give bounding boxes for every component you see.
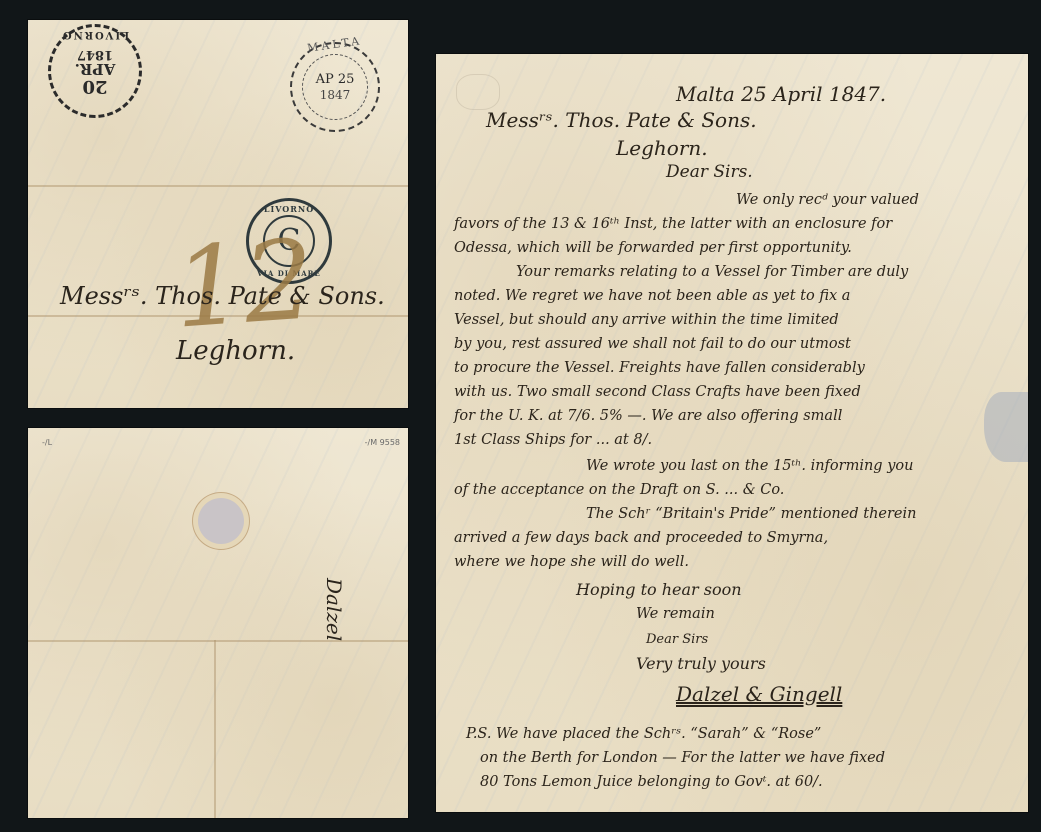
letter-body-line: by you, rest assured we shall not fail t…: [454, 336, 851, 352]
letter-body-line: The Schʳ “Britain's Pride” mentioned the…: [586, 506, 916, 522]
letter-body-line: Vessel, but should any arrive within the…: [454, 312, 839, 328]
letter-closing: We remain: [636, 606, 715, 622]
letter-dateline: Malta 25 April 1847.: [676, 82, 886, 106]
letter-page: Malta 25 April 1847. Messʳˢ. Thos. Pate …: [436, 54, 1028, 812]
pencil-note: -/L: [42, 438, 52, 447]
letter-closing: Very truly yours: [636, 654, 766, 673]
letter-postscript-line: P.S. We have placed the Schʳˢ. “Sarah” &…: [466, 726, 821, 742]
letter-closing: Dear Sirs: [646, 632, 708, 647]
letter-body-line: with us. Two small second Class Crafts h…: [454, 384, 861, 400]
cover-destination: Leghorn.: [176, 336, 295, 366]
letter-body-line: noted. We regret we have not been able a…: [454, 288, 850, 304]
livorno-arrival-postmark: 20 APR. 1847 LIVORNO: [48, 24, 142, 118]
letter-body-line: We wrote you last on the 15ᵗʰ. informing…: [586, 458, 913, 474]
letter-body-line: Odessa, which will be forwarded per firs…: [454, 240, 852, 256]
letter-body-line: arrived a few days back and proceeded to…: [454, 530, 828, 546]
letter-body-line: to procure the Vessel. Freights have fal…: [454, 360, 865, 376]
letter-closing: Hoping to hear soon: [576, 580, 742, 599]
letter-greeting: Dear Sirs.: [666, 162, 753, 182]
letter-postscript-line: 80 Tons Lemon Juice belonging to Govᵗ. a…: [480, 774, 823, 790]
letter-postscript-line: on the Berth for London — For the latter…: [480, 750, 885, 766]
postmark-ring-text: LIVORNO: [61, 29, 129, 40]
letter-place: Leghorn.: [616, 136, 708, 160]
fold-line: [28, 640, 408, 642]
paper-stain: [984, 392, 1028, 462]
postmark-ring-text: MALTA: [307, 34, 364, 55]
letter-body-line: Your remarks relating to a Vessel for Ti…: [516, 264, 908, 280]
letter-addressee: Messʳˢ. Thos. Pate & Sons.: [486, 108, 757, 132]
docket-signature: Dalzel: [322, 578, 346, 641]
postmark-inner-ring: [302, 54, 368, 120]
embossed-stamp: [456, 74, 500, 110]
letter-body-line: 1st Class Ships for ... at 8/.: [454, 432, 652, 448]
pencil-note-inventory: -/M 9558: [365, 438, 400, 447]
wax-seal: [198, 498, 244, 544]
letter-body-line: We only recᵈ your valued: [736, 192, 919, 208]
letter-body-line: where we hope she will do well.: [454, 554, 689, 570]
cover-addressee: Messʳˢ. Thos. Pate & Sons.: [60, 282, 385, 310]
letter-body-line: favors of the 13 & 16ᵗʰ Inst, the latter…: [454, 216, 892, 232]
letter-body-line: of the acceptance on the Draft on S. ...…: [454, 482, 784, 498]
paper-texture: [28, 428, 408, 818]
back-panel: -/L -/M 9558 Dalzel: [28, 428, 408, 818]
malta-postmark: MALTA AP 25 1847: [290, 42, 380, 132]
letter-body-line: for the U. K. at 7/6. 5% —. We are also …: [454, 408, 842, 424]
fold-line: [214, 640, 216, 818]
postmark-month: APR.: [75, 61, 116, 77]
cover-panel: 20 APR. 1847 LIVORNO MALTA AP 25 1847 LI…: [28, 20, 408, 408]
postmark-day: 20: [82, 77, 107, 95]
postmark-top-text: LIVORNO: [264, 204, 314, 214]
postmark-year: 1847: [77, 47, 113, 61]
letter-signature: Dalzel & Gingell: [676, 682, 842, 706]
fold-line: [28, 185, 408, 187]
